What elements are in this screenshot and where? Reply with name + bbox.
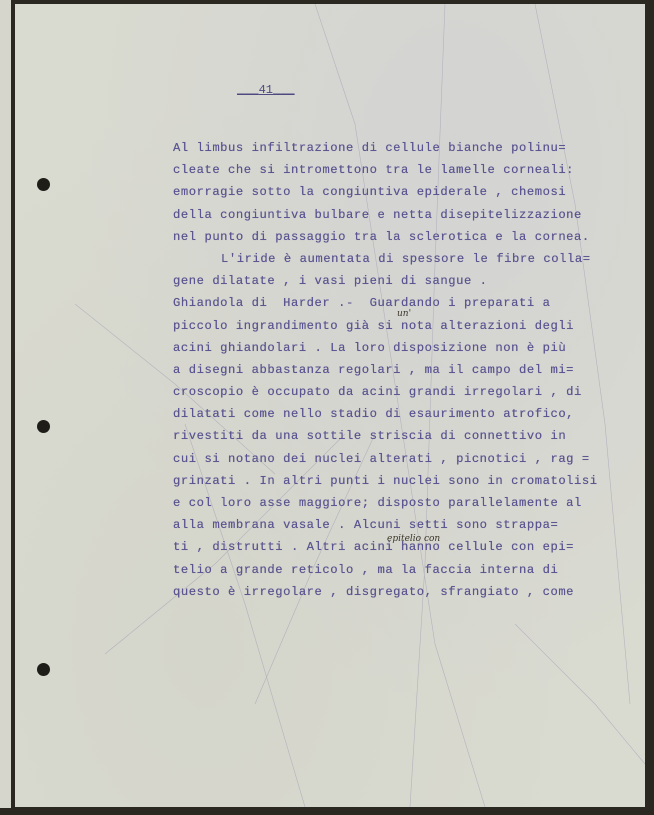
page-number: 41 bbox=[237, 83, 295, 97]
text-line: L'iride è aumentata di spessore le fibre… bbox=[173, 248, 593, 270]
text-line: questo è irregolare , disgregato, sfrang… bbox=[173, 581, 593, 603]
handwritten-insert-epitelio: epitelio con bbox=[387, 534, 440, 544]
text-line: croscopio è occupato da acini grandi irr… bbox=[173, 381, 593, 403]
text-line: cui si notano dei nuclei alterati , picn… bbox=[173, 448, 593, 470]
punch-hole-bottom bbox=[37, 663, 50, 676]
text-line: piccolo ingrandimento già si nota altera… bbox=[173, 315, 593, 337]
text-line: acini ghiandolari . La loro disposizione… bbox=[173, 337, 593, 359]
text-line: della congiuntiva bulbare e netta disepi… bbox=[173, 204, 593, 226]
punch-hole-top bbox=[37, 178, 50, 191]
text-line: nel punto di passaggio tra la sclerotica… bbox=[173, 226, 593, 248]
text-line: ti , distrutti . Altri acini hanno cellu… bbox=[173, 536, 593, 558]
text-line: e col loro asse maggiore; disposto paral… bbox=[173, 492, 593, 514]
text-line: Ghiandola di Harder .- Guardando i prepa… bbox=[173, 292, 593, 314]
text-line: Al limbus infiltrazione di cellule bianc… bbox=[173, 137, 593, 159]
text-line: dilatati come nello stadio di esauriment… bbox=[173, 403, 593, 425]
text-line: telio a grande reticolo , ma la faccia i… bbox=[173, 559, 593, 581]
text-line: a disegni abbastanza regolari , ma il ca… bbox=[173, 359, 593, 381]
text-line: grinzati . In altri punti i nuclei sono … bbox=[173, 470, 593, 492]
text-line: emorragie sotto la congiuntiva epiderale… bbox=[173, 181, 593, 203]
text-line: gene dilatate , i vasi pieni di sangue . bbox=[173, 270, 593, 292]
text-line: rivestiti da una sottile striscia di con… bbox=[173, 425, 593, 447]
handwritten-insert-un: un' bbox=[397, 309, 411, 319]
text-line: cleate che si intromettono tra le lamell… bbox=[173, 159, 593, 181]
text-line: alla membrana vasale . Alcuni setti sono… bbox=[173, 514, 593, 536]
document-page: 41 Al limbus infiltrazione di cellule bi… bbox=[15, 4, 645, 807]
typewritten-body: Al limbus infiltrazione di cellule bianc… bbox=[173, 137, 593, 603]
adjacent-page-edge bbox=[0, 0, 11, 808]
punch-hole-middle bbox=[37, 420, 50, 433]
